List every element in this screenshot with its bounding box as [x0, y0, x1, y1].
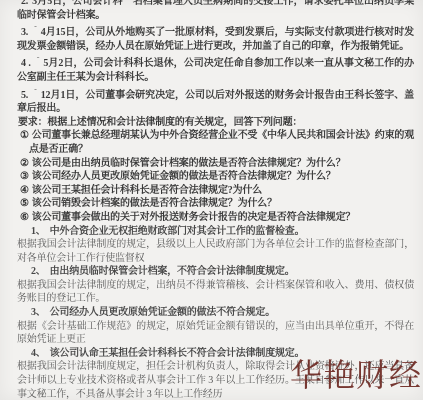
question-text: 公司董事长兼总经理胡某认为中外合资经营企业不受《中华人民共和国会计法》约束的观点… [29, 130, 414, 155]
question-text: 该公司销毁会计档案的做法是否符合法律规定？为什么？ [32, 198, 277, 209]
case-item-4: 4 .ˇ5月2日，公司会计科科长退休，公司决定任命自参加工作以来一直从事文秘工作… [17, 53, 414, 84]
answer-number: 3、 [31, 307, 50, 318]
answer-point-text: 该公司认命王某担任会计科科长不符合会计法律制度规定。 [50, 348, 305, 359]
watermark-huayan-caijing: 华艳财经 [290, 359, 422, 391]
case-number: 2. [21, 0, 32, 7]
case-text: 5月2日，公司会计科科长退休，公司决定任命自参加工作以来一直从事文秘工作的办公室… [17, 58, 414, 83]
check-mark: ˇ [32, 87, 41, 96]
answer-number: 1、 [31, 226, 50, 237]
requirement-line: 要求：根据上述情况和会计法律制度的有关规定，回答下列问题： [17, 116, 414, 130]
case-number: 3. [21, 27, 32, 38]
question-1: ①公司董事长兼总经理胡某认为中外合资经营企业不受《中华人民共和国会计法》约束的观… [17, 129, 414, 156]
question-text: 该公司董事会做出的关于对外报送财务会计报告的决定是否符合法律规定？ [32, 212, 355, 223]
case-item-2: 2.3月5日，公司会计科一名档案管理人员生病期间的交接工作，请求委托单位出纳员李… [17, 0, 414, 22]
answer-2-explain: 根据我国会计法律制度的规定，出纳员不得兼管稽核、会计档案保管和收入、费用、债权债… [17, 279, 414, 306]
question-3: ③该公司经办人员更改原始凭证金额的做法是否符合法律规定？为什么？ [17, 170, 414, 184]
case-text: 12月1日，公司董事会研究决定，公司以后对外报送的财务会计报告由王科长签字、盖章… [17, 90, 414, 115]
answer-number: 4、 [31, 348, 50, 359]
question-text: 该公司是由出纳员临时保管会计档案的做法是否符合法律规定？为什么？ [32, 158, 346, 169]
question-4: ④该公司王某担任会计科科长是否符合法律规定?为什么 [17, 184, 414, 198]
case-number: 4 . [21, 58, 35, 69]
case-text: 3月5日，公司会计科一名档案管理人员生病期间的交接工作，请求委托单位出纳员李某临… [17, 0, 414, 21]
answer-number: 2、 [31, 266, 50, 277]
case-item-3: 3.ˇ4月15日，公司从外地购买了一批原材料，受到发票后，与实际支付款项进行核对… [17, 22, 414, 53]
question-text: 该公司王某担任会计科科长是否符合法律规定?为什么 [32, 185, 262, 196]
answer-2-point: 2、由出纳员临时保管会计档案，不符合会计法律制度规定。 [17, 265, 414, 279]
answer-point-text: 中外合资企业无权拒绝财政部门对其会计工作的监督检查。 [50, 226, 305, 237]
case-item-5: 5.ˇ12月1日，公司董事会研究决定，公司以后对外报送的财务会计报告由王科长签字… [17, 85, 414, 116]
question-2: ②该公司是由出纳员临时保管会计档案的做法是否符合法律规定？为什么？ [17, 157, 414, 171]
check-mark: ˇ [32, 24, 41, 33]
case-number: 5. [21, 90, 32, 101]
question-number: ③ [20, 171, 32, 182]
answer-point-text: 由出纳员临时保管会计档案，不符合会计法律制度规定。 [50, 266, 295, 277]
question-number: ② [20, 158, 32, 169]
answer-point-text: 公司经办人员更改原始凭证金额的做法不符合规定。 [50, 307, 275, 318]
question-number: ④ [20, 185, 32, 196]
answer-3-explain: 根据《会计基础工作规范》的规定，原始凭证金额有错误的，应当由出具单位重开，不得在… [17, 320, 414, 347]
document-page: 2.3月5日，公司会计科一名档案管理人员生病期间的交接工作，请求委托单位出纳员李… [0, 0, 423, 400]
case-text: 4月15日，公司从外地购买了一批原材料，受到发票后，与实际支付款项进行核对时发现… [17, 27, 414, 52]
question-number: ⑥ [20, 212, 32, 223]
document-content: 2.3月5日，公司会计科一名档案管理人员生病期间的交接工作，请求委托单位出纳员李… [0, 0, 423, 400]
answer-3-point: 3、公司经办人员更改原始凭证金额的做法不符合规定。 [17, 306, 414, 320]
question-6: ⑥该公司董事会做出的关于对外报送财务会计报告的决定是否符合法律规定？ [17, 211, 414, 225]
question-5: ⑤该公司销毁会计档案的做法是否符合法律规定？为什么？ [17, 197, 414, 211]
answer-1-point: 1、中外合资企业无权拒绝财政部门对其会计工作的监督检查。 [17, 225, 414, 239]
question-number: ① [20, 130, 32, 141]
question-text: 该公司经办人员更改原始凭证金额的做法是否符合法律规定？为什么？ [32, 171, 336, 182]
question-number: ⑤ [20, 198, 32, 209]
answer-1-explain: 根据我国会计法律制度的规定，县级以上人民政府部门为各单位会计工作的监督检查部门，… [17, 238, 414, 265]
